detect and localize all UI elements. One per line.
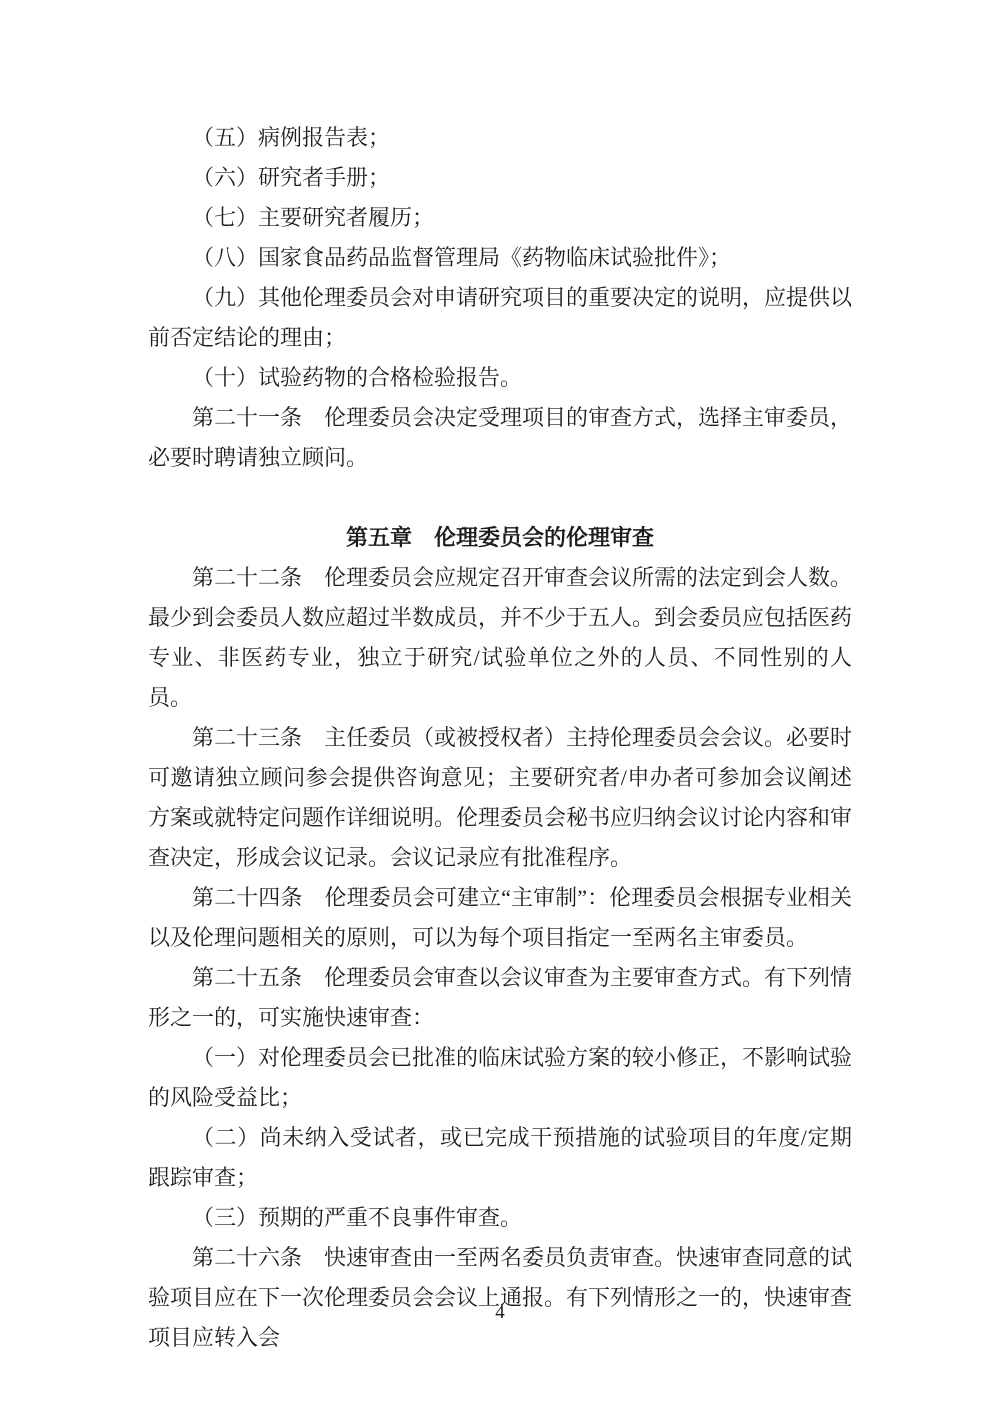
document-page: （五）病例报告表；（六）研究者手册；（七）主要研究者履历；（八）国家食品药品监督… (0, 0, 1000, 1414)
paragraph: （六）研究者手册； (148, 158, 852, 198)
paragraph: （二）尚未纳入受试者，或已完成干预措施的试验项目的年度/定期跟踪审查； (148, 1118, 852, 1198)
paragraph: 第二十一条 伦理委员会决定受理项目的审查方式，选择主审委员，必要时聘请独立顾问。 (148, 398, 852, 478)
paragraph: 第二十五条 伦理委员会审查以会议审查为主要审查方式。有下列情形之一的，可实施快速… (148, 958, 852, 1038)
paragraph: （九）其他伦理委员会对申请研究项目的重要决定的说明，应提供以前否定结论的理由； (148, 278, 852, 358)
paragraph: 第二十三条 主任委员（或被授权者）主持伦理委员会会议。必要时可邀请独立顾问参会提… (148, 718, 852, 878)
paragraph: （十）试验药物的合格检验报告。 (148, 358, 852, 398)
paragraph: （七）主要研究者履历； (148, 198, 852, 238)
paragraph: 第二十六条 快速审查由一至两名委员负责审查。快速审查同意的试验项目应在下一次伦理… (148, 1238, 852, 1358)
page-number: 4 (0, 1300, 1000, 1326)
document-body: （五）病例报告表；（六）研究者手册；（七）主要研究者履历；（八）国家食品药品监督… (148, 118, 852, 1358)
paragraph: 第二十四条 伦理委员会可建立“主审制”：伦理委员会根据专业相关以及伦理问题相关的… (148, 878, 852, 958)
paragraph: 第二十二条 伦理委员会应规定召开审查会议所需的法定到会人数。最少到会委员人数应超… (148, 558, 852, 718)
chapter-heading: 第五章 伦理委员会的伦理审查 (148, 518, 852, 558)
paragraph: （八）国家食品药品监督管理局《药物临床试验批件》； (148, 238, 852, 278)
paragraph: （五）病例报告表； (148, 118, 852, 158)
paragraph: （一）对伦理委员会已批准的临床试验方案的较小修正，不影响试验的风险受益比； (148, 1038, 852, 1118)
paragraph: （三）预期的严重不良事件审查。 (148, 1198, 852, 1238)
